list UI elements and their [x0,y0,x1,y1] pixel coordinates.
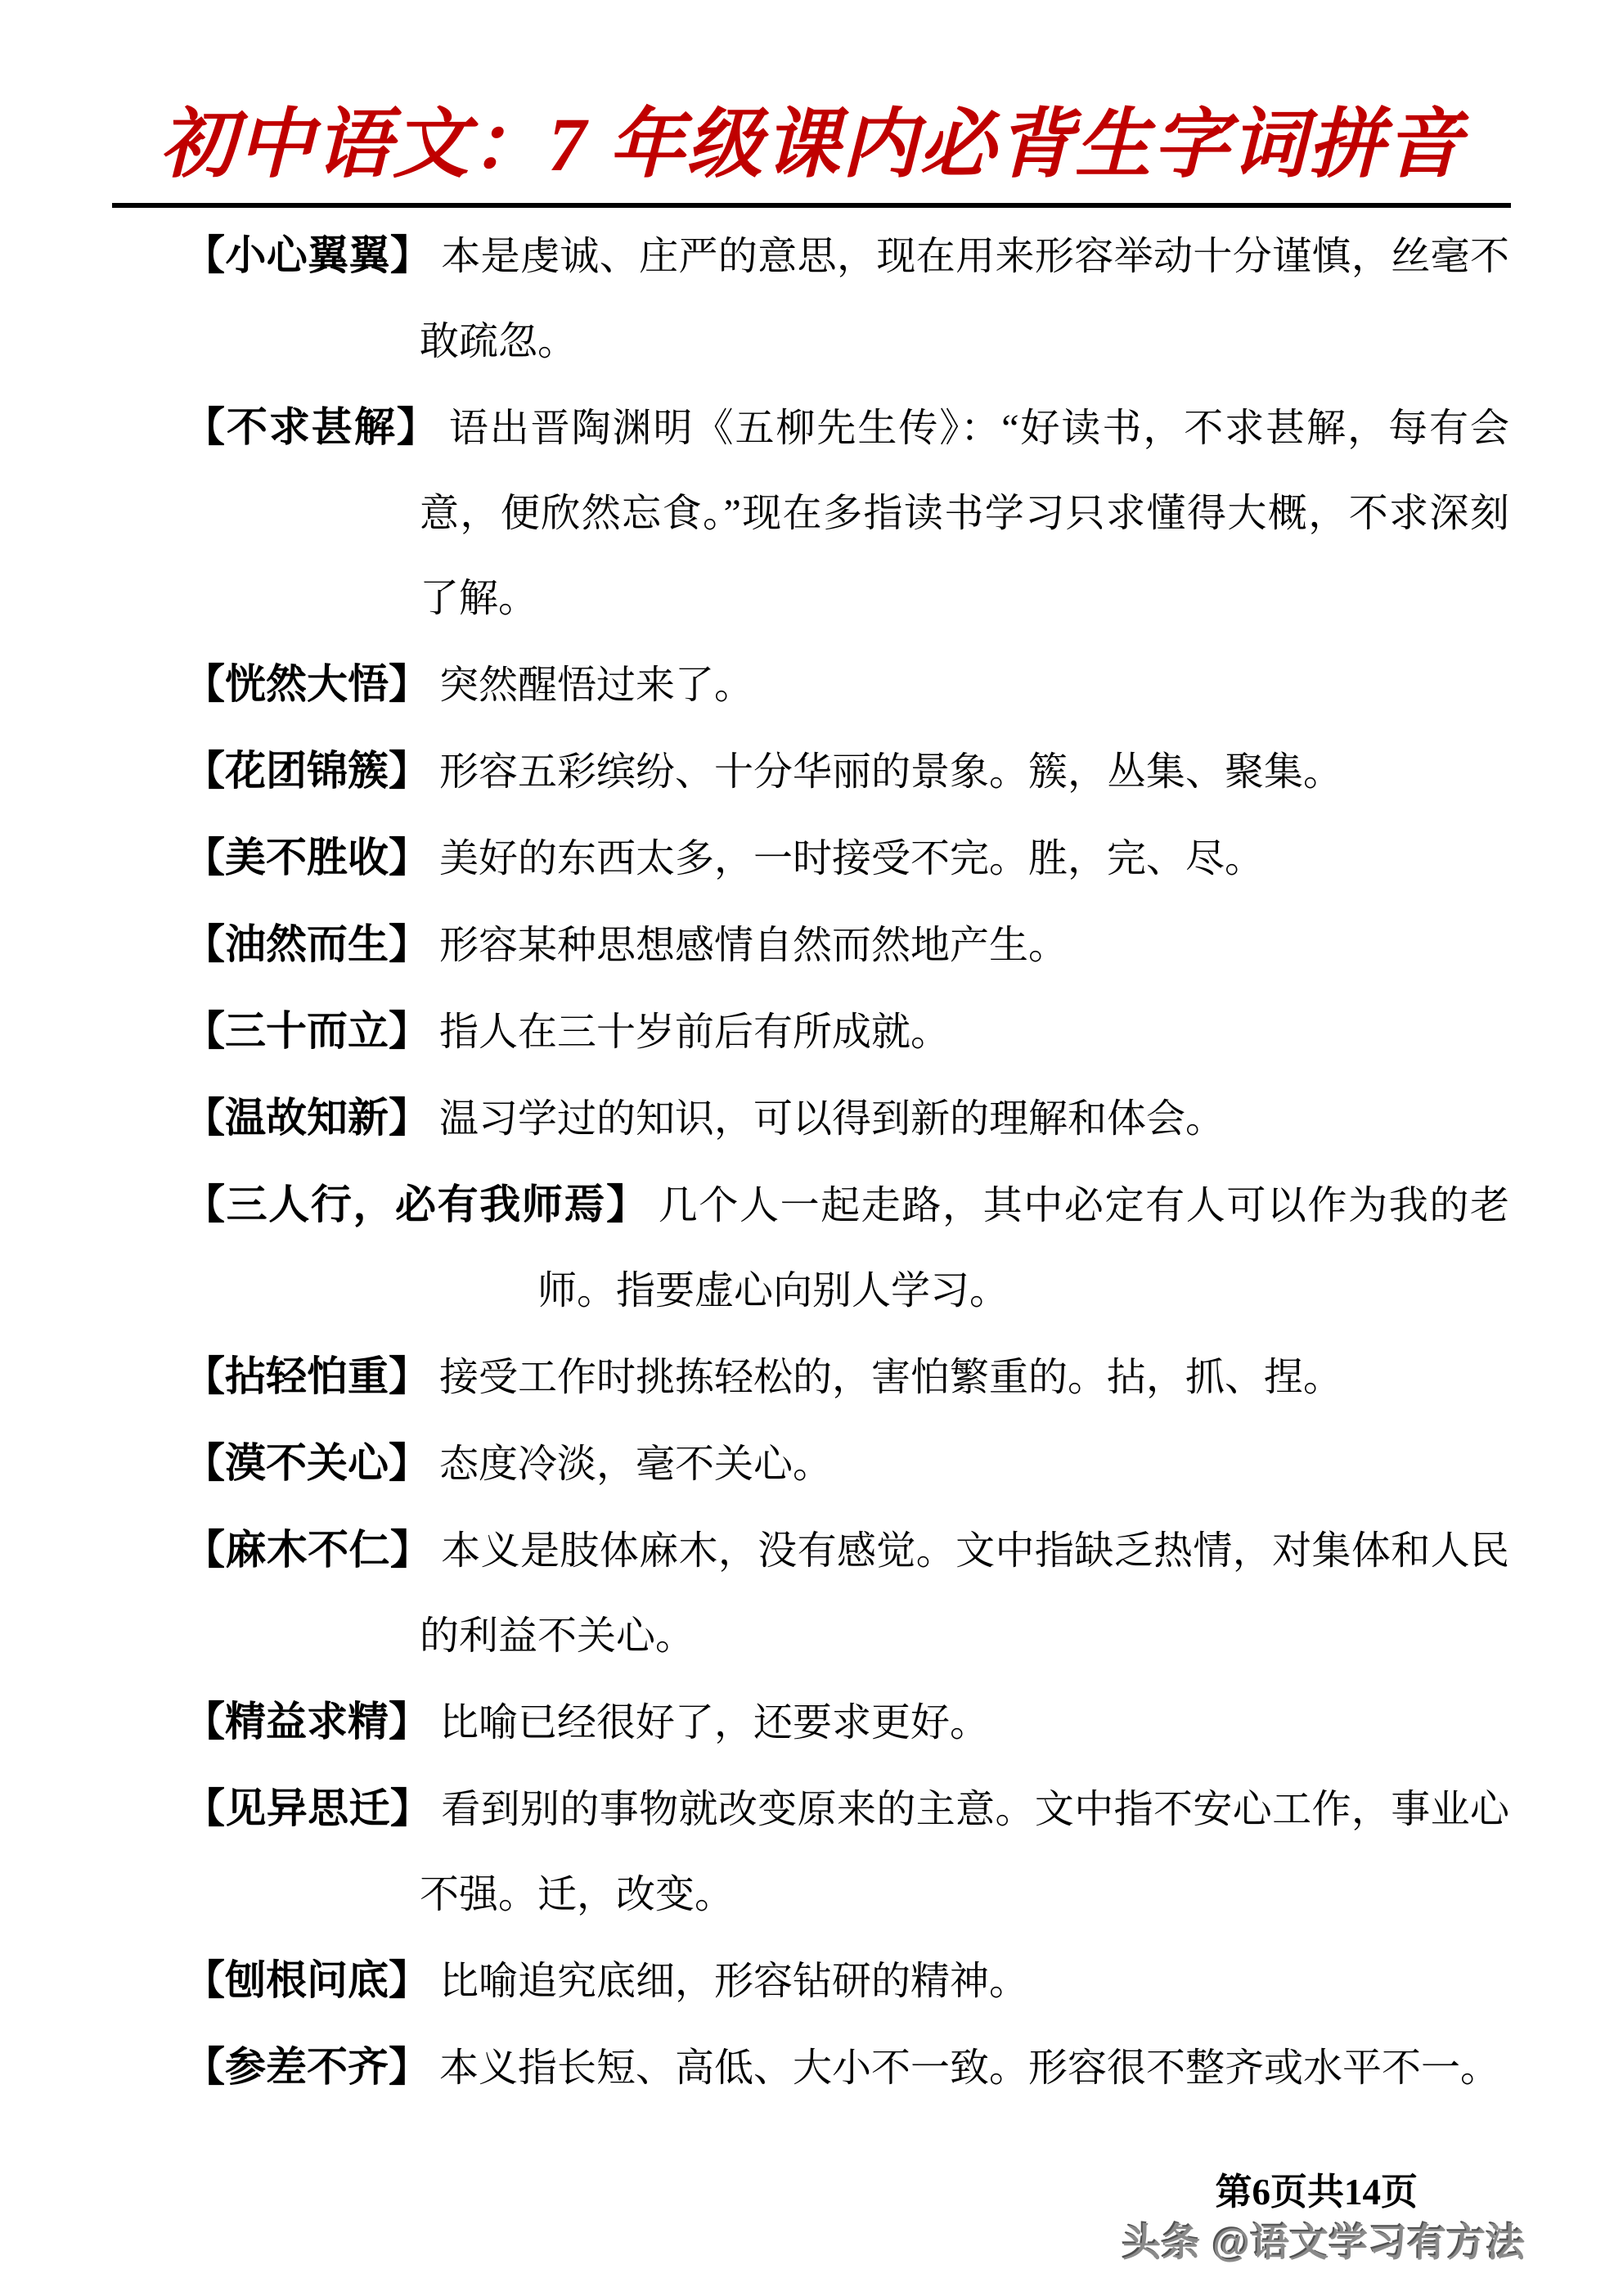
entry-term: 【温故知新】 [184,1095,429,1141]
entry-definition: 温习学过的知识，可以得到新的理解和体会。 [439,1097,1225,1141]
vocabulary-entry: 【花团锦簇】形容五彩缤纷、十分华丽的景象。簇，丛集、聚集。 [184,728,1509,815]
entry-definition: 态度冷淡，毫不关心。 [439,1443,832,1486]
vocabulary-entry: 【见异思迁】看到别的事物就改变原来的主意。文中指不安心工作，事业心不强。迁，改变… [184,1766,1509,1938]
entry-definition: 比喻追究底细，形容钻研的精神。 [439,1960,1028,2003]
entry-term: 【恍然大悟】 [184,661,429,707]
entry-definition: 语出晋陶渊明《五柳先生传》：“好读书，不求甚解，每有会意，便欣然忘食。”现在多指… [420,407,1509,620]
vocabulary-entry: 【刨根问底】比喻追究底细，形容钻研的精神。 [184,1938,1509,2024]
entry-definition: 几个人一起走路，其中必定有人可以作为我的老师。指要虚心向别人学习。 [537,1184,1509,1312]
entry-definition: 美好的东西太多，一时接受不完。胜，完、尽。 [439,837,1264,880]
vocabulary-entry: 【美不胜收】美好的东西太多，一时接受不完。胜，完、尽。 [184,815,1509,902]
vocabulary-entry: 【参差不齐】本义指长短、高低、大小不一致。形容很不整齐或水平不一。 [184,2024,1509,2111]
entry-term: 【刨根问底】 [184,1957,429,2003]
vocabulary-list: 【小心翼翼】本是虔诚、庄严的意思，现在用来形容举动十分谨慎，丝毫不敢疏忽。 【不… [184,213,1509,2111]
entry-definition: 本是虔诚、庄严的意思，现在用来形容举动十分谨慎，丝毫不敢疏忽。 [420,235,1509,363]
entry-definition: 本义指长短、高低、大小不一致。形容很不整齐或水平不一。 [439,2046,1499,2090]
entry-term: 【不求甚解】 [184,404,439,450]
entry-term: 【小心翼翼】 [184,232,431,278]
vocabulary-entry: 【油然而生】形容某种思想感情自然而然地产生。 [184,902,1509,988]
entry-definition: 突然醒悟过来了。 [439,664,753,707]
vocabulary-entry: 【小心翼翼】本是虔诚、庄严的意思，现在用来形容举动十分谨慎，丝毫不敢疏忽。 [184,213,1509,385]
entry-term: 【漠不关心】 [184,1440,429,1486]
document-page: 初中语文：7 年级课内必背生字词拼音 【小心翼翼】本是虔诚、庄严的意思，现在用来… [0,0,1623,2296]
entry-definition: 形容某种思想感情自然而然地产生。 [439,924,1068,967]
entry-term: 【精益求精】 [184,1699,429,1745]
vocabulary-entry: 【三人行，必有我师焉】几个人一起走路，其中必定有人可以作为我的老师。指要虚心向别… [184,1162,1509,1334]
title-block: 初中语文：7 年级课内必背生字词拼音 [112,98,1511,208]
entry-term: 【花团锦簇】 [184,748,429,794]
entry-definition: 指人在三十岁前后有所成就。 [439,1011,950,1054]
watermark-toutiao: 头条 @语文学习有方法 [1122,2213,1526,2267]
entry-definition: 比喻已经很好了，还要求更好。 [439,1701,989,1745]
vocabulary-entry: 【漠不关心】态度冷淡，毫不关心。 [184,1420,1509,1507]
vocabulary-entry: 【温故知新】温习学过的知识，可以得到新的理解和体会。 [184,1075,1509,1162]
entry-definition: 形容五彩缤纷、十分华丽的景象。簇，丛集、聚集。 [439,750,1342,794]
entry-definition: 本义是肢体麻木，没有感觉。文中指缺乏热情，对集体和人民的利益不关心。 [420,1529,1509,1658]
vocabulary-entry: 【恍然大悟】突然醒悟过来了。 [184,642,1509,728]
vocabulary-entry: 【不求甚解】语出晋陶渊明《五柳先生传》：“好读书，不求甚解，每有会意，便欣然忘食… [184,385,1509,642]
entry-definition: 看到别的事物就改变原来的主意。文中指不安心工作，事业心不强。迁，改变。 [420,1788,1509,1916]
entry-term: 【三人行，必有我师焉】 [184,1182,649,1227]
vocabulary-entry: 【精益求精】比喻已经很好了，还要求更好。 [184,1679,1509,1766]
entry-term: 【美不胜收】 [184,835,429,880]
entry-term: 【油然而生】 [184,921,429,967]
vocabulary-entry: 【拈轻怕重】接受工作时挑拣轻松的，害怕繁重的。拈，抓、捏。 [184,1334,1509,1420]
vocabulary-entry: 【三十而立】指人在三十岁前后有所成就。 [184,988,1509,1075]
entry-term: 【麻木不仁】 [184,1527,431,1573]
entry-term: 【见异思迁】 [184,1785,431,1831]
entry-definition: 接受工作时挑拣轻松的，害怕繁重的。拈，抓、捏。 [439,1356,1342,1399]
entry-term: 【参差不齐】 [184,2044,429,2090]
page-number: 第6页共14页 [1215,2162,1418,2215]
entry-term: 【拈轻怕重】 [184,1353,429,1399]
vocabulary-entry: 【麻木不仁】本义是肢体麻木，没有感觉。文中指缺乏热情，对集体和人民的利益不关心。 [184,1507,1509,1679]
page-title: 初中语文：7 年级课内必背生字词拼音 [160,103,1463,187]
entry-term: 【三十而立】 [184,1008,429,1054]
